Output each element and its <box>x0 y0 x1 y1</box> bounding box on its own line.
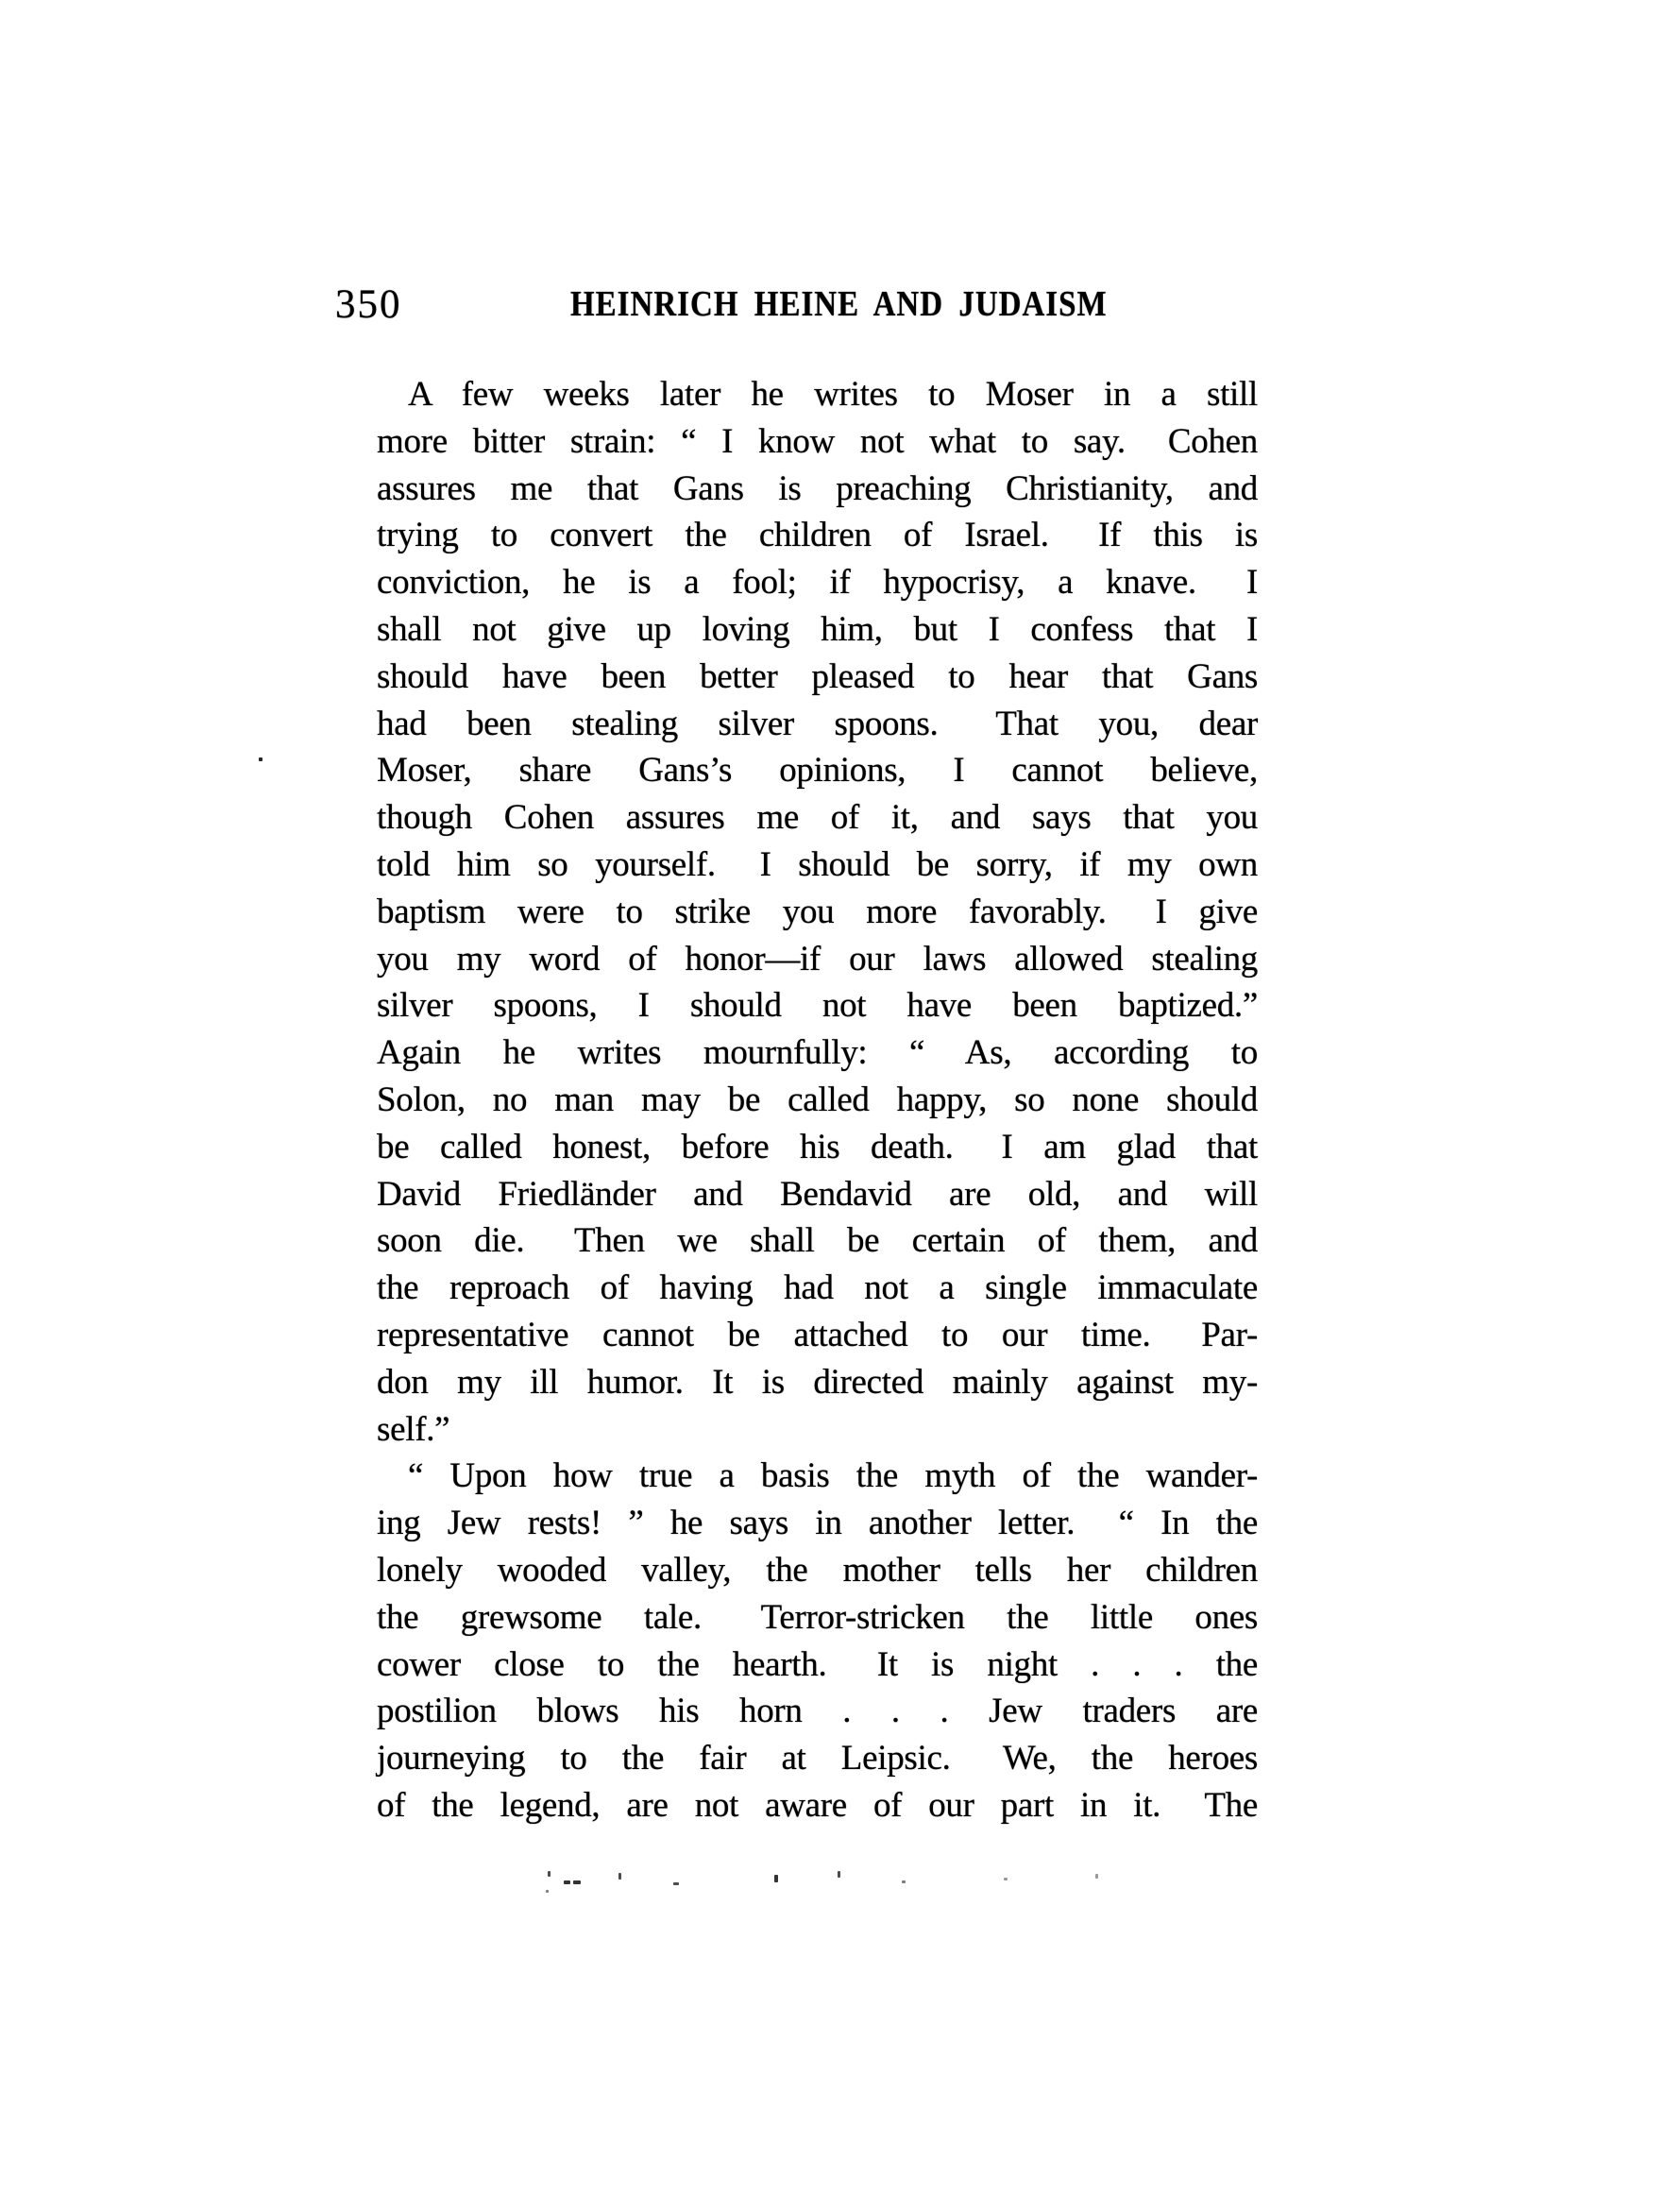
text-line: should have been better pleased to hear … <box>377 654 1258 701</box>
text-line: baptism were to strike you more favorabl… <box>377 889 1258 936</box>
running-header-title: HEINRICH HEINE AND JUDAISM <box>570 287 1108 323</box>
text-line: ing Jew rests! ” he says in another lett… <box>377 1500 1258 1547</box>
text-line: though Cohen assures me of it, and says … <box>377 794 1258 842</box>
text-line: representative cannot be attached to our… <box>377 1312 1258 1359</box>
text-line: more bitter strain: “ I know not what to… <box>377 418 1258 466</box>
text-line: you my word of honor—if our laws allowed… <box>377 936 1258 983</box>
text-line: don my ill humor. It is directed mainly … <box>377 1359 1258 1406</box>
scan-speck <box>618 1873 621 1880</box>
scan-speck <box>573 1880 581 1884</box>
text-line: of the legend, are not aware of our part… <box>377 1782 1258 1829</box>
text-line: the grewsome tale. Terror-stricken the l… <box>377 1594 1258 1642</box>
body-text: A few weeks later he writes to Moser in … <box>377 371 1258 1829</box>
scan-speck <box>673 1882 679 1885</box>
text-line: the reproach of having had not a single … <box>377 1265 1258 1312</box>
text-line: postilion blows his horn . . . Jew trade… <box>377 1688 1258 1735</box>
scan-speck <box>548 1871 551 1877</box>
text-line: “ Upon how true a basis the myth of the … <box>377 1453 1258 1500</box>
scan-speck <box>564 1880 570 1884</box>
text-line: journeying to the fair at Leipsic. We, t… <box>377 1735 1258 1782</box>
text-line: silver spoons, I should not have been ba… <box>377 982 1258 1029</box>
scan-speck <box>259 757 263 761</box>
text-line: A few weeks later he writes to Moser in … <box>377 371 1258 418</box>
scan-speck <box>838 1871 840 1878</box>
text-line: had been stealing silver spoons. That yo… <box>377 701 1258 748</box>
scan-speck <box>902 1880 906 1883</box>
text-line: trying to convert the children of Israel… <box>377 512 1258 559</box>
text-line: assures me that Gans is preaching Christ… <box>377 466 1258 513</box>
text-line: cower close to the hearth. It is night .… <box>377 1642 1258 1689</box>
text-line: Solon, no man may be called happy, so no… <box>377 1077 1258 1124</box>
text-line: shall not give up loving him, but I conf… <box>377 606 1258 654</box>
scan-speck <box>1095 1874 1098 1879</box>
text-line: Again he writes mournfully: “ As, accord… <box>377 1029 1258 1077</box>
scan-speck <box>774 1875 778 1882</box>
page-number: 350 <box>335 284 402 325</box>
text-line: David Friedländer and Bendavid are old, … <box>377 1171 1258 1218</box>
text-line: told him so yourself. I should be sorry,… <box>377 842 1258 889</box>
scan-speck <box>1004 1878 1008 1880</box>
text-line: self.” <box>377 1406 1258 1454</box>
text-line: lonely wooded valley, the mother tells h… <box>377 1547 1258 1594</box>
text-line: conviction, he is a fool; if hypocrisy, … <box>377 559 1258 606</box>
text-line: soon die. Then we shall be certain of th… <box>377 1217 1258 1265</box>
text-line: Moser, share Gans’s opinions, I cannot b… <box>377 747 1258 794</box>
book-page-scan: 350 HEINRICH HEINE AND JUDAISM A few wee… <box>0 0 1660 2212</box>
scan-speck <box>546 1890 549 1893</box>
text-line: be called honest, before his death. I am… <box>377 1124 1258 1171</box>
